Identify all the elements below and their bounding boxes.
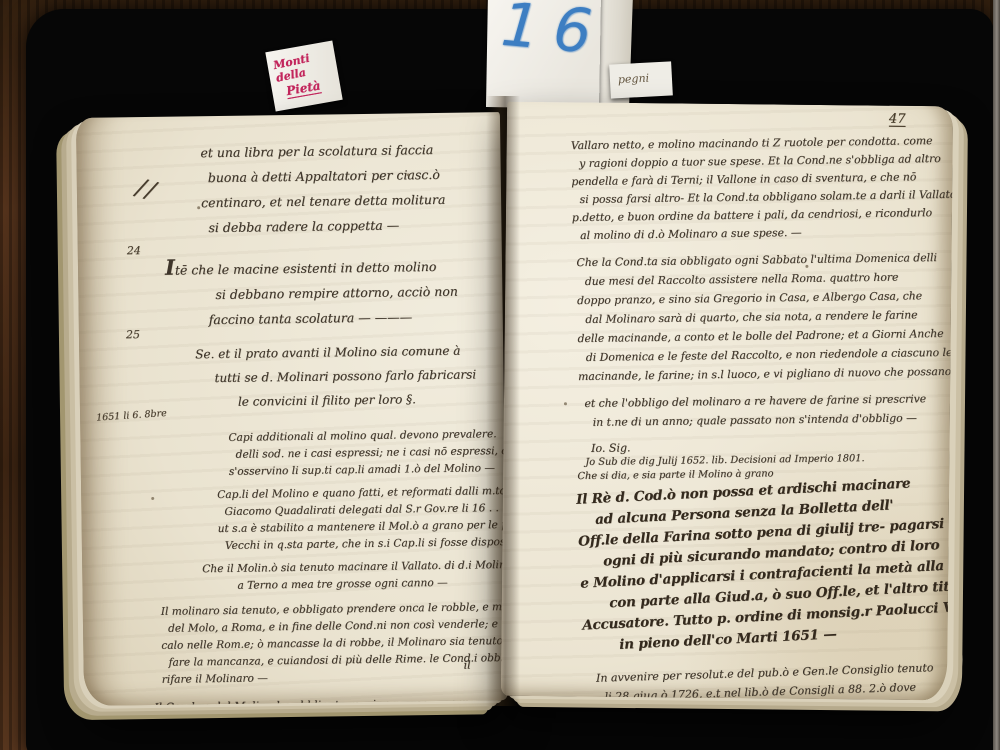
handwritten-line: le convicini il filito per loro §. xyxy=(238,386,498,414)
ink-speck xyxy=(197,206,200,209)
ink-speck xyxy=(151,497,154,500)
paragraph: Vallaro netto, e molino macinando ti Z r… xyxy=(563,132,950,245)
decree-paragraph: Il Rè d. Cod.ò non possa et ardischi mac… xyxy=(568,471,953,658)
handwritten-line: rifare il Molinaro — xyxy=(162,667,502,689)
right-page: 47 Vallaro netto, e molino macinando ti … xyxy=(501,102,953,701)
folio-number: 47 xyxy=(889,112,906,127)
handwritten-line: faccino tanta scolatura — ——— xyxy=(209,303,497,332)
left-page: ∕∕ 24 25 1651 li 6. 8bre et una libra pe… xyxy=(76,112,508,706)
handwritten-line: s'osservino li sup.ti cap.li amadi 1.ò d… xyxy=(229,460,499,481)
manuscript-photo-scene: 16 pegni Monti della Pietà ∕∕ 24 25 1651… xyxy=(0,0,1000,750)
handwritten-line: macinande, le farine; in s.l luoco, e vi… xyxy=(578,362,952,386)
ink-speck xyxy=(805,265,808,268)
ink-speck xyxy=(564,402,567,405)
left-page-text: et una libra per la scolatura si facciab… xyxy=(126,136,502,706)
paragraph-item-25: Se. et il prato avanti il Molino sia com… xyxy=(129,338,498,415)
paragraph: Che la Cond.ta sia obbligato ogni Sabbat… xyxy=(564,248,952,386)
handwritten-line: tutti se d. Molinari possono farlo fabri… xyxy=(214,362,497,390)
pegni-label: pegni xyxy=(618,72,650,87)
paragraph: Cap.li del Molino e quano fatti, et refo… xyxy=(131,483,500,556)
handwritten-line: Vecchi in q.sta parte, che in s.i Cap.li… xyxy=(225,534,500,555)
handwritten-line: si debbano rempire attorno, acciò non xyxy=(215,278,496,307)
handwritten-line: a Terno a mea tre grosse ogni canno — xyxy=(237,574,500,595)
paragraph: et una libra per la scolatura si facciab… xyxy=(126,136,495,241)
paragraph-item-24: Itē che le macine esistenti in detto mol… xyxy=(128,250,497,333)
tab-number-label: 16 xyxy=(499,0,609,69)
ink-speck xyxy=(723,534,726,537)
right-page-text: Vallaro netto, e molino macinando ti Z r… xyxy=(563,132,953,700)
paragraph: Il molinaro sia tenuto, e obbligato pren… xyxy=(133,599,502,689)
monti-della-pieta-tab: Monti della Pietà xyxy=(265,41,342,112)
handwritten-line: in t.ne di un anno; quale passato non s'… xyxy=(593,408,953,432)
number-tab: 16 xyxy=(486,0,601,109)
table-edge-strip xyxy=(993,0,1000,750)
paragraph: et che l'obbligo del molinaro a re haver… xyxy=(566,389,952,432)
paragraph: Capi additionali al molino qual. devono … xyxy=(130,426,499,482)
handwritten-line: si debba radere la coppetta — xyxy=(208,211,495,240)
pegni-tab: pegni xyxy=(609,61,673,98)
catchword: il xyxy=(464,659,471,672)
paragraph: Che il Molin.ò sia tenuto macinare il Va… xyxy=(132,557,500,596)
ink-speck xyxy=(407,173,410,176)
closing-paragraph: In avvenire per resolut.e del pub.ò e Ge… xyxy=(570,657,953,700)
handwritten-line: al molino di d.ò Molinaro a sue spese. — xyxy=(580,222,950,245)
